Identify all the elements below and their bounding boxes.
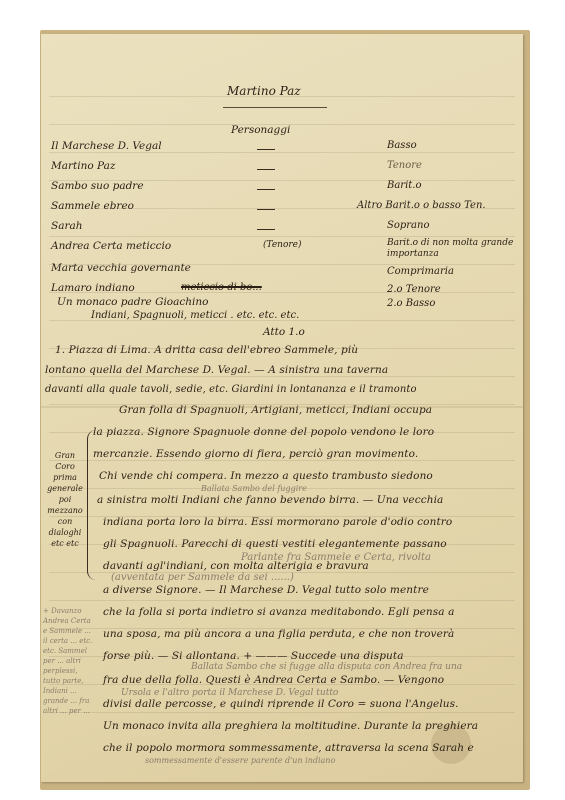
body-line: lontano quella del Marchese D. Vegal. — … <box>45 364 388 376</box>
character-name: Un monaco padre Gioachino <box>57 296 208 308</box>
act-heading: Atto 1.o <box>263 326 305 338</box>
body-line: forse più. — Si allontana. + ——— Succede… <box>103 650 404 662</box>
document-title: Martino Paz <box>227 84 301 98</box>
body-line: fra due della folla. Questi è Andrea Cer… <box>103 674 444 686</box>
character-name: Lamaro indiano <box>51 282 135 294</box>
body-line: davanti agl'indiani, con molta alterigia… <box>103 560 369 572</box>
interlinear-note: sommessamente d'essere parente d'un indi… <box>145 756 335 765</box>
character-voice: Comprimaria <box>387 266 454 277</box>
body-line: una sposa, ma più ancora a una figlia pe… <box>103 628 454 640</box>
ruled-line <box>49 376 515 377</box>
ruled-line <box>49 152 515 153</box>
body-line: indiana porta loro la birra. Essi mormor… <box>103 516 452 528</box>
body-line: davanti alla quale tavoli, sedie, etc. G… <box>45 384 417 395</box>
dash <box>257 209 275 210</box>
character-name: Il Marchese D. Vegal <box>51 140 162 152</box>
body-line: 1. Piazza di Lima. A dritta casa dell'eb… <box>55 344 358 356</box>
character-name: Andrea Certa meticcio <box>51 240 171 252</box>
interlinear-note: Ursola e l'altro porta il Marchese D. Ve… <box>121 688 338 698</box>
character-voice: Soprano <box>387 220 429 231</box>
extras-line: Indiani, Spagnuoli, meticci . etc. etc. … <box>91 310 299 321</box>
ruled-line <box>49 712 515 713</box>
character-voice: Tenore <box>387 160 422 171</box>
ruled-line <box>49 600 515 601</box>
margin-brace <box>87 430 96 580</box>
ruled-line <box>49 460 515 461</box>
character-name: Martino Paz <box>51 160 115 172</box>
character-voice: Barit.o di non molta grande importanza <box>387 238 517 260</box>
body-line: gli Spagnuoli. Parecchi di questi vestit… <box>103 538 447 550</box>
character-voice: 2.o Basso <box>387 298 435 309</box>
character-voice: Basso <box>387 140 417 151</box>
body-line: a diverse Signore. — Il Marchese D. Vega… <box>103 584 429 596</box>
interlinear-note: Ballata Sambo che si fugge alla disputa … <box>191 662 462 672</box>
body-line: Un monaco invita alla preghiera la molti… <box>103 720 478 732</box>
character-voice: Barit.o <box>387 180 422 191</box>
body-line: che la folla si porta indietro si avanza… <box>103 606 454 618</box>
character-name: Sammele ebreo <box>51 200 134 212</box>
character-name: Sambo suo padre <box>51 180 144 192</box>
ruled-line <box>49 236 515 237</box>
character-name: Marta vecchia governante <box>51 262 191 274</box>
body-line: mercanzie. Essendo giorno di fiera, perc… <box>93 448 418 460</box>
character-annotation: (Tenore) <box>263 240 302 250</box>
dash <box>257 149 275 150</box>
title-underline <box>223 107 327 108</box>
character-voice: Altro Barit.o o basso Ten. <box>357 200 486 211</box>
interlinear-note: Ballata Sambo del fuggire <box>201 484 307 493</box>
body-line: divisi dalle percosse, e quindi riprende… <box>103 698 459 710</box>
margin-note-pencil: + Davanzo Andrea Certa e Sammele ... il … <box>43 606 95 716</box>
body-line: Gran folla di Spagnuoli, Artigiani, meti… <box>119 404 432 416</box>
character-name: Sarah <box>51 220 83 232</box>
margin-note-chorus: Gran Coro prima generale poi mezzano con… <box>45 450 85 549</box>
body-line: Chi vende chi compera. In mezzo a questo… <box>99 470 433 482</box>
struck-note: meticcio di bo... <box>181 282 262 293</box>
body-line: a sinistra molti Indiani che fanno beven… <box>97 494 443 506</box>
dash <box>257 229 275 230</box>
character-voice: 2.o Tenore <box>387 284 441 295</box>
dash <box>257 189 275 190</box>
body-line: la piazza. Signore Spagnuole donne del p… <box>93 426 434 438</box>
interlinear-note: (avventata per Sammele da sei ......) <box>111 572 294 583</box>
cast-heading: Personaggi <box>231 124 290 136</box>
body-line: che il popolo mormora sommessamente, att… <box>103 742 474 754</box>
manuscript-page: Martino Paz Personaggi Il Marchese D. Ve… <box>41 34 523 782</box>
dash <box>257 169 275 170</box>
